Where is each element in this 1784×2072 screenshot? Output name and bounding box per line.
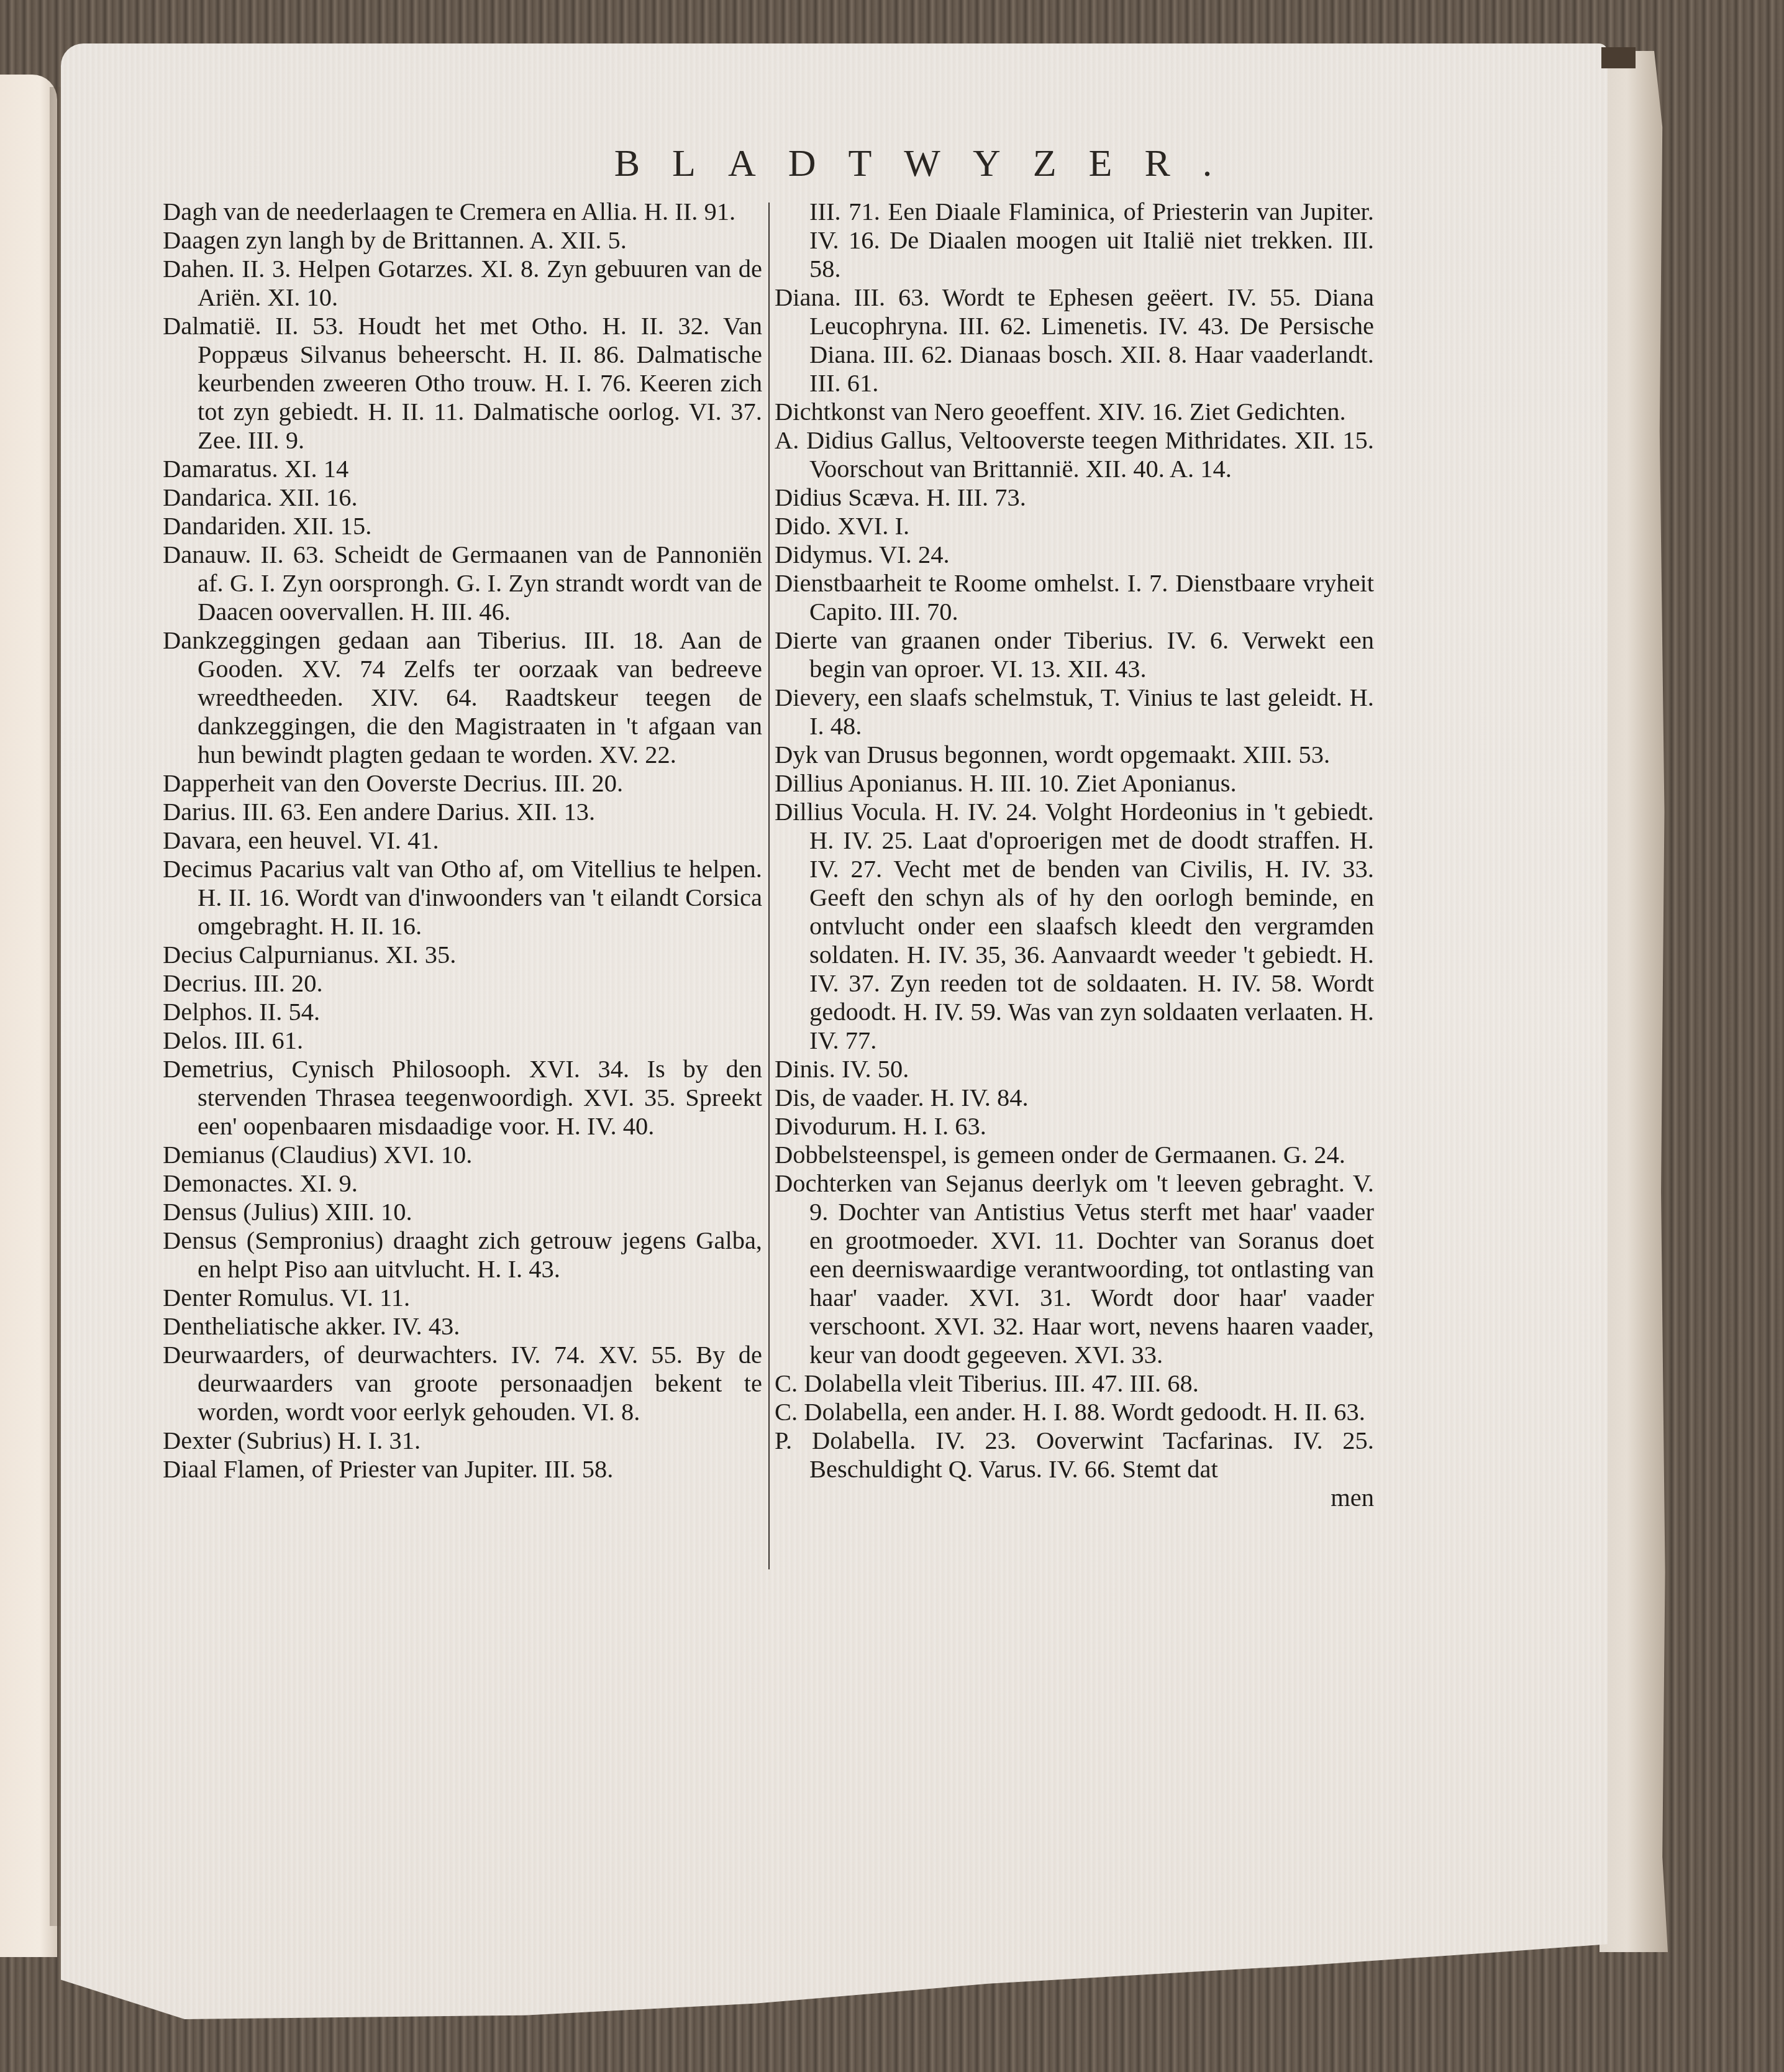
- index-entry: Daagen zyn langh by de Brittannen. A. XI…: [163, 226, 762, 255]
- page-edge-stack: [1600, 51, 1668, 1952]
- index-entry: Didius Scæva. H. III. 73.: [775, 483, 1374, 512]
- index-entry: C. Dolabella vleit Tiberius. III. 47. II…: [775, 1369, 1374, 1398]
- index-entry: Dierte van graanen onder Tiberius. IV. 6…: [775, 626, 1374, 683]
- index-columns: Dagh van de neederlaagen te Cremera en A…: [163, 198, 1374, 1788]
- index-entry: Dichtkonst van Nero geoeffent. XIV. 16. …: [775, 398, 1374, 426]
- index-entry: Dexter (Subrius) H. I. 31.: [163, 1426, 762, 1455]
- index-entry: Denter Romulus. VI. 11.: [163, 1284, 762, 1312]
- index-entry: A. Didius Gallus, Veltooverste teegen Mi…: [775, 426, 1374, 483]
- index-entry: Dandarica. XII. 16.: [163, 483, 762, 512]
- index-entry: Dahen. II. 3. Helpen Gotarzes. XI. 8. Zy…: [163, 255, 762, 312]
- facing-page-edge: [0, 75, 57, 1957]
- index-entry: Dido. XVI. I.: [775, 512, 1374, 541]
- index-entry: Deurwaarders, of deurwachters. IV. 74. X…: [163, 1341, 762, 1426]
- index-entry: Dochterken van Sejanus deerlyk om 't lee…: [775, 1169, 1374, 1369]
- index-entry: Dyk van Drusus begonnen, wordt opgemaakt…: [775, 741, 1374, 769]
- right-column: III. 71. Een Diaale Flaminica, of Priest…: [775, 198, 1374, 1512]
- index-entry: Danauw. II. 63. Scheidt de Germaanen van…: [163, 541, 762, 626]
- index-entry-continuation: III. 71. Een Diaale Flaminica, of Priest…: [775, 198, 1374, 283]
- page-tab-marker: [1601, 47, 1636, 68]
- index-entry: Demonactes. XI. 9.: [163, 1169, 762, 1198]
- index-entry: Didymus. VI. 24.: [775, 541, 1374, 569]
- index-entry: Dandariden. XII. 15.: [163, 512, 762, 541]
- index-entry: Dinis. IV. 50.: [775, 1055, 1374, 1084]
- index-entry: Darius. III. 63. Een andere Darius. XII.…: [163, 798, 762, 826]
- index-entry: Dievery, een slaafs schelmstuk, T. Viniu…: [775, 683, 1374, 741]
- index-entry: Divodurum. H. I. 63.: [775, 1112, 1374, 1141]
- left-column: Dagh van de neederlaagen te Cremera en A…: [163, 198, 762, 1484]
- index-entry: Delphos. II. 54.: [163, 998, 762, 1026]
- index-entry: Dillius Aponianus. H. III. 10. Ziet Apon…: [775, 769, 1374, 798]
- index-entry: C. Dolabella, een ander. H. I. 88. Wordt…: [775, 1398, 1374, 1426]
- index-entry: Davara, een heuvel. VI. 41.: [163, 826, 762, 855]
- index-entry: Dankzeggingen gedaan aan Tiberius. III. …: [163, 626, 762, 769]
- catchword: men: [775, 1484, 1374, 1512]
- index-entry: Diana. III. 63. Wordt te Ephesen geëert.…: [775, 283, 1374, 398]
- index-entry: Dalmatië. II. 53. Houdt het met Otho. H.…: [163, 312, 762, 455]
- index-entry: Decrius. III. 20.: [163, 969, 762, 998]
- index-entry: Demianus (Claudius) XVI. 10.: [163, 1141, 762, 1169]
- index-entry: Dillius Vocula. H. IV. 24. Volght Hordeo…: [775, 798, 1374, 1055]
- index-entry: Dienstbaarheit te Roome omhelst. I. 7. D…: [775, 569, 1374, 626]
- index-entry: Dentheliatische akker. IV. 43.: [163, 1312, 762, 1341]
- index-entry: Decius Calpurnianus. XI. 35.: [163, 941, 762, 969]
- column-divider: [768, 203, 770, 1569]
- running-head: BLADTWYZER.: [0, 142, 1784, 186]
- index-entry: Delos. III. 61.: [163, 1026, 762, 1055]
- index-entry: Densus (Julius) XIII. 10.: [163, 1198, 762, 1226]
- index-entry: Decimus Pacarius valt van Otho af, om Vi…: [163, 855, 762, 941]
- index-entry: Dobbelsteenspel, is gemeen onder de Germ…: [775, 1141, 1374, 1169]
- index-entry: Dis, de vaader. H. IV. 84.: [775, 1084, 1374, 1112]
- index-entry: Densus (Sempronius) draaght zich getrouw…: [163, 1226, 762, 1284]
- index-entry: Dapperheit van den Ooverste Decrius. III…: [163, 769, 762, 798]
- index-entry: Dagh van de neederlaagen te Cremera en A…: [163, 198, 762, 226]
- index-entry: P. Dolabella. IV. 23. Ooverwint Tacfarin…: [775, 1426, 1374, 1484]
- index-entry: Damaratus. XI. 14: [163, 455, 762, 483]
- index-entry: Demetrius, Cynisch Philosooph. XVI. 34. …: [163, 1055, 762, 1141]
- index-entry: Diaal Flamen, of Priester van Jupiter. I…: [163, 1455, 762, 1484]
